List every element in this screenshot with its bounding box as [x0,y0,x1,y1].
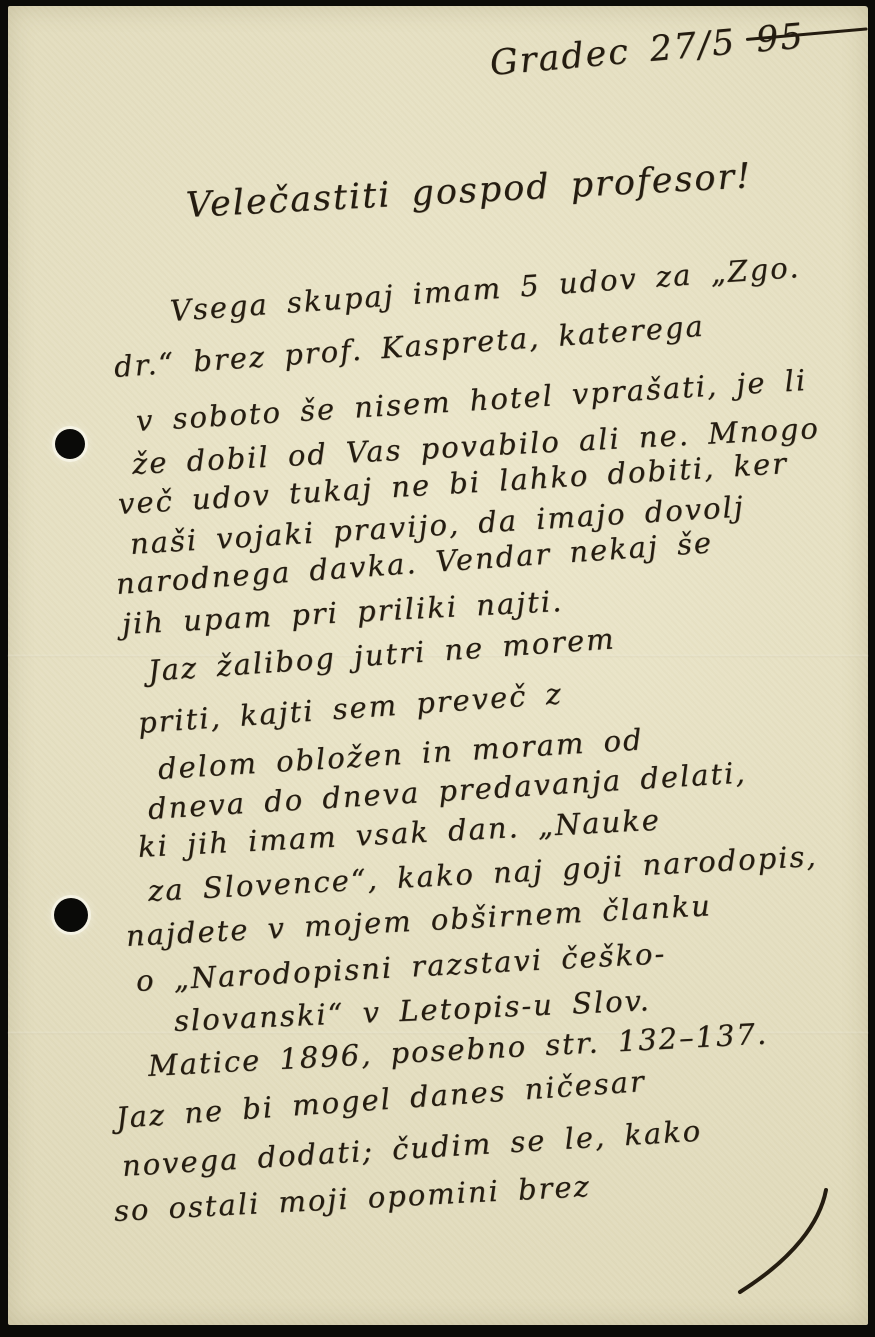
salutation: Velečastiti gospod profesor! [185,156,753,226]
pen-flourish [728,1186,838,1306]
dateline: Gradec 27/5 95 [488,17,806,84]
punch-hole-top [55,429,85,459]
handwritten-line: Vsega skupaj imam 5 udov za „Zgo. [169,250,802,328]
scanned-letter: Gradec 27/5 95 Velečastiti gospod profes… [0,0,875,1337]
letter-page: Gradec 27/5 95 Velečastiti gospod profes… [8,6,868,1325]
punch-hole-bottom [54,898,88,932]
